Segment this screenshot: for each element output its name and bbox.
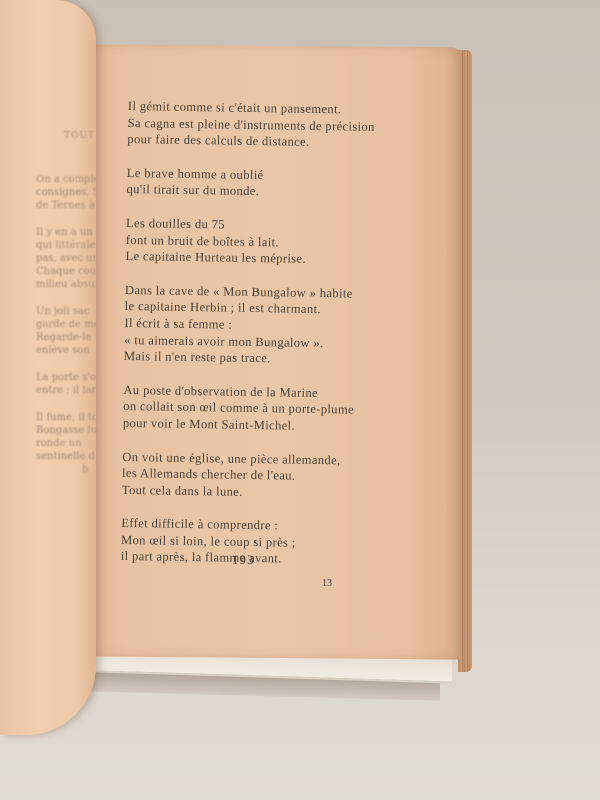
left-line: Chaque coup, il — [36, 265, 96, 278]
left-line: Un joli sac — [36, 305, 96, 318]
poem-line: Tout cela dans la lune. — [122, 482, 369, 502]
stanza-5: Au poste d'observation de la Marine on c… — [123, 382, 371, 436]
left-page-curled: TOUT EN On a complété consignes. Si de T… — [0, 0, 96, 735]
left-line: sentinelle de — [36, 450, 96, 463]
left-line: Il y en a un — [36, 226, 96, 239]
left-page-blurred-text: TOUT EN On a complété consignes. Si de T… — [36, 130, 96, 476]
left-line: garde de mon — [36, 318, 96, 331]
left-line: ronde un — [36, 437, 96, 450]
left-line: consignes. Si — [36, 186, 96, 199]
signature-mark: 13 — [322, 578, 332, 589]
stanza-3: Les douilles du 75 font un bruit de boît… — [125, 215, 373, 269]
left-line: de Ternes à Ter — [36, 199, 96, 212]
left-line: Bongasse lui — [36, 424, 96, 437]
poem-text: Il gémit comme si c'était un pansement. … — [120, 98, 375, 586]
left-line: entre ; il lance — [36, 384, 96, 397]
poem-line: qu'il tirait sur du monde. — [126, 181, 373, 201]
left-line: Regarde-le — [36, 331, 96, 344]
poem-line: Le capitaine Hurteau les méprise. — [125, 248, 372, 268]
left-line: Il fume, il tousse — [36, 411, 96, 424]
stanza-1: Il gémit comme si c'était un pansement. … — [127, 98, 375, 152]
poem-line: Mais il n'en reste pas trace. — [124, 348, 371, 368]
left-page-heading: TOUT EN — [64, 130, 96, 143]
left-line: qui littéralement — [36, 239, 96, 252]
left-line: On a complété — [36, 173, 96, 186]
page-number: 193 — [232, 552, 255, 568]
left-line: enlève son — [36, 344, 96, 357]
left-line: b — [82, 463, 96, 476]
left-line: milieu absurde — [36, 278, 96, 291]
stanza-2: Le brave homme a oublié qu'il tirait sur… — [126, 165, 374, 202]
stanza-4: Dans la cave de « Mon Bungalow » habite … — [124, 282, 372, 369]
left-line: pas, avec un — [36, 252, 96, 265]
stanza-6: On voit une église, une pièce allemande,… — [122, 448, 370, 502]
left-line: La porte s'ouvre — [36, 371, 96, 384]
